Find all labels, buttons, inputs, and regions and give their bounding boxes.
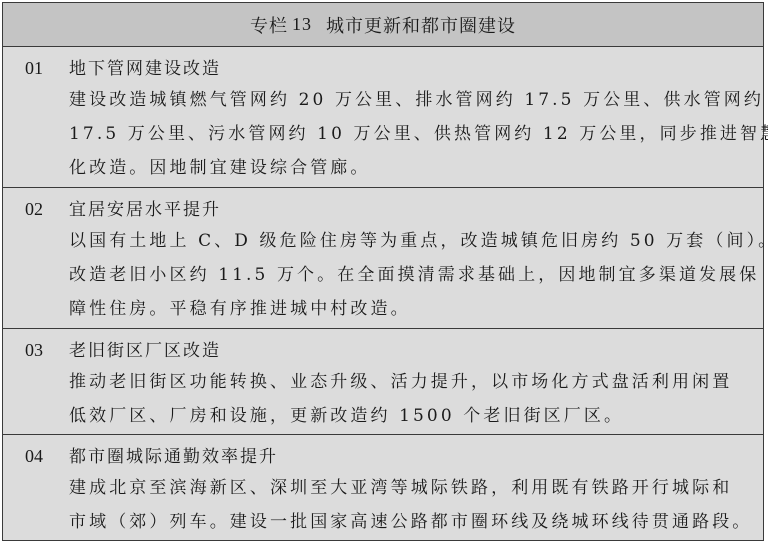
section-01: 01 地下管网建设改造 建设改造城镇燃气管网约 20 万公里、排水管网约 17.… — [3, 47, 763, 188]
section-title: 都市圈城际通勤效率提升 — [69, 442, 278, 472]
header-title: 城市更新和都市圈建设 — [326, 12, 516, 38]
feature-box: 专栏 13 城市更新和都市圈建设 01 地下管网建设改造 建设改造城镇燃气管网约… — [2, 2, 764, 541]
body-line: 推动老旧街区功能转换、业态升级、活力提升，以市场化方式盘活利用闲置 — [69, 365, 749, 399]
section-04: 04 都市圈城际通勤效率提升 建成北京至滨海新区、深圳至大亚湾等城际铁路，利用既… — [3, 435, 763, 540]
body-line: 建成北京至滨海新区、深圳至大亚湾等城际铁路，利用既有铁路开行城际和 — [69, 471, 749, 505]
body-line: 17.5 万公里、污水管网约 10 万公里、供热管网约 12 万公里，同步推进智… — [69, 117, 749, 151]
section-number: 01 — [3, 53, 69, 83]
section-body: 建成北京至滨海新区、深圳至大亚湾等城际铁路，利用既有铁路开行城际和 市域（郊）列… — [3, 471, 763, 539]
section-title: 宜居安居水平提升 — [69, 195, 221, 225]
header-label: 专栏 — [250, 12, 288, 38]
body-line: 化改造。因地制宜建设综合管廊。 — [69, 151, 749, 185]
section-title: 老旧街区厂区改造 — [69, 336, 221, 366]
body-line: 建设改造城镇燃气管网约 20 万公里、排水管网约 17.5 万公里、供水管网约 — [69, 83, 749, 117]
body-line: 改造老旧小区约 11.5 万个。在全面摸清需求基础上，因地制宜多渠道发展保 — [69, 258, 749, 292]
section-body: 以国有土地上 C、D 级危险住房等为重点，改造城镇危旧房约 50 万套（间）。 … — [3, 224, 763, 326]
section-03: 03 老旧街区厂区改造 推动老旧街区功能转换、业态升级、活力提升，以市场化方式盘… — [3, 329, 763, 435]
section-body: 推动老旧街区功能转换、业态升级、活力提升，以市场化方式盘活利用闲置 低效厂区、厂… — [3, 365, 763, 433]
body-line: 低效厂区、厂房和设施，更新改造约 1500 个老旧街区厂区。 — [69, 399, 749, 433]
section-body: 建设改造城镇燃气管网约 20 万公里、排水管网约 17.5 万公里、供水管网约 … — [3, 83, 763, 185]
header-number: 13 — [292, 14, 312, 35]
section-number: 02 — [3, 194, 69, 224]
section-number: 03 — [3, 335, 69, 365]
body-line: 市域（郊）列车。建设一批国家高速公路都市圈环线及绕城环线待贯通路段。 — [69, 505, 749, 539]
body-line: 以国有土地上 C、D 级危险住房等为重点，改造城镇危旧房约 50 万套（间）。 — [69, 224, 749, 258]
section-number: 04 — [3, 441, 69, 471]
section-title: 地下管网建设改造 — [69, 54, 221, 84]
section-02: 02 宜居安居水平提升 以国有土地上 C、D 级危险住房等为重点，改造城镇危旧房… — [3, 188, 763, 329]
body-line: 障性住房。平稳有序推进城中村改造。 — [69, 292, 749, 326]
box-header: 专栏 13 城市更新和都市圈建设 — [3, 3, 763, 47]
